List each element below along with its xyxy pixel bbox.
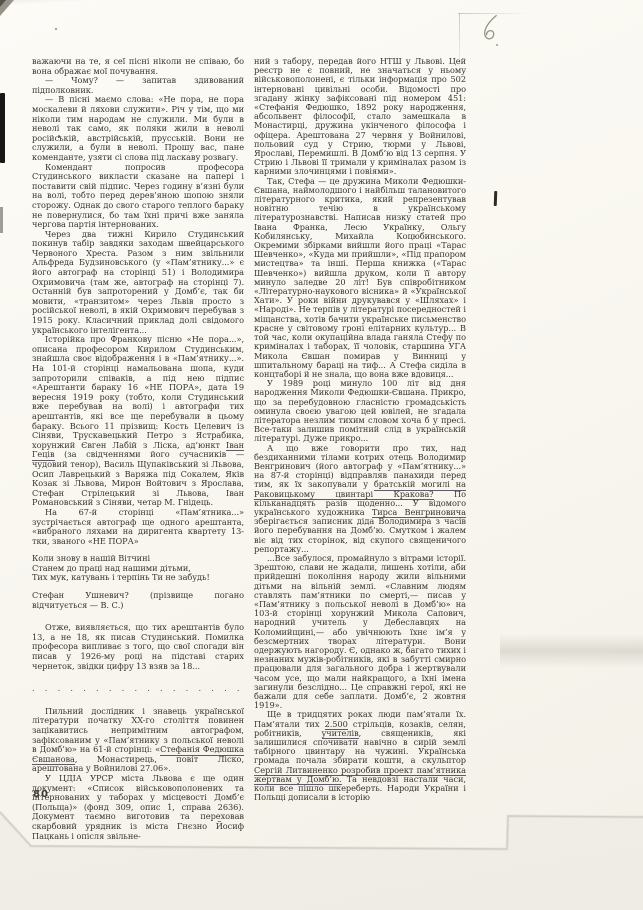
scan-artifact — [55, 28, 57, 30]
verse-line: Тих мук, катувань і терпінь Ти не забудь… — [32, 573, 244, 583]
paragraph: А що вже говорити про тих, над бездиханн… — [254, 444, 466, 554]
body-text: — В пісні маємо слова: «Не пора, не пора… — [32, 94, 244, 162]
paragraph: — В пісні маємо слова: «Не пора, не пора… — [32, 95, 244, 162]
body-text: У 1989 році минуло 100 літ від дня народ… — [254, 378, 466, 443]
paragraph: Стефан Ушневич? (прізвище погано відчиту… — [32, 591, 244, 610]
body-text: ний з табору, передав його НТШ у Львові.… — [254, 56, 466, 176]
body-text: Комендант попросив професора Студинськог… — [32, 162, 244, 230]
body-text: Історійка про Франкову пісню «Не пора...… — [32, 334, 244, 450]
body-text: На 67-й сторінці «Пам’ятника...» зустріч… — [32, 507, 244, 546]
body-text: Стефан Ушневич? (прізвище погано відчиту… — [32, 590, 244, 610]
paragraph: Через два тижні Кирило Студинський покин… — [32, 230, 244, 336]
paragraph: Комендант попросив професора Студинськог… — [32, 163, 244, 230]
paragraph: ...Все забулося, промайнуло з вітрами іс… — [254, 554, 466, 710]
paragraph: — Чому? — запитав здивований підполковни… — [32, 76, 244, 95]
body-text: зберігається записник діда Володимира з … — [254, 516, 466, 554]
body-text: — Чому? — запитав здивований підполковни… — [32, 75, 244, 95]
handwritten-six-icon — [480, 13, 501, 45]
body-text: Отже, виявляється, що тих арештантів бул… — [32, 622, 244, 670]
left-column: важаючи на те, я сеї пісні ніколи не спі… — [32, 57, 244, 841]
paragraph: На 67-й сторінці «Пам’ятника...» зустріч… — [32, 508, 244, 546]
paragraph: Ще в тридцятих роках люди пам’ятали їх. … — [254, 710, 466, 802]
scan-artifact — [500, 634, 643, 668]
scan-artifact — [0, 207, 3, 233]
scanned-book-page: важаючи на те, я сеї пісні ніколи не спі… — [0, 0, 643, 910]
body-text: Через два тижні Кирило Студинський покин… — [32, 229, 244, 335]
body-text: важаючи на те, я сеї пісні ніколи не спі… — [32, 56, 244, 76]
paragraph: Історійка про Франкову пісню «Не пора...… — [32, 335, 244, 508]
paragraph: У 1989 році минуло 100 літ від дня народ… — [254, 379, 466, 443]
paragraph: важаючи на те, я сеї пісні ніколи не спі… — [32, 57, 244, 76]
body-text: Так, Стефа — це дружина Миколи Федюшки-Є… — [254, 176, 466, 379]
body-text: (за свідченнями його сучасників — чудови… — [32, 449, 244, 507]
right-column: ний з табору, передав його НТШ у Львові.… — [254, 57, 466, 802]
paragraph: Пильний дослідник і знавець української … — [32, 707, 244, 774]
verse: Коли знову в нашій ВітчиніСтанем до прац… — [32, 554, 244, 583]
body-text: У ЦДІА УРСР міста Львова є ще один докум… — [32, 773, 244, 841]
paragraph: Так, Стефа — це дружина Миколи Федюшки-Є… — [254, 177, 466, 379]
body-text: ...Все забулося, промайнуло з вітрами іс… — [254, 553, 466, 710]
scan-artifact — [494, 191, 498, 206]
paragraph: У ЦДІА УРСР міста Львова є ще один докум… — [32, 774, 244, 841]
paragraph: Отже, виявляється, що тих арештантів бул… — [32, 623, 244, 671]
scan-artifact — [0, 93, 5, 163]
page-number: 80 — [33, 789, 49, 800]
dotted-separator: . . . . . . . . . . . . . . . . . . — [32, 684, 244, 694]
scan-artifact — [0, 0, 244, 6]
paragraph: ний з табору, передав його НТШ у Львові.… — [254, 57, 466, 177]
handwritten-page-mark — [480, 13, 501, 45]
paper-sheet: важаючи на те, я сеї пісні ніколи не спі… — [0, 0, 643, 910]
